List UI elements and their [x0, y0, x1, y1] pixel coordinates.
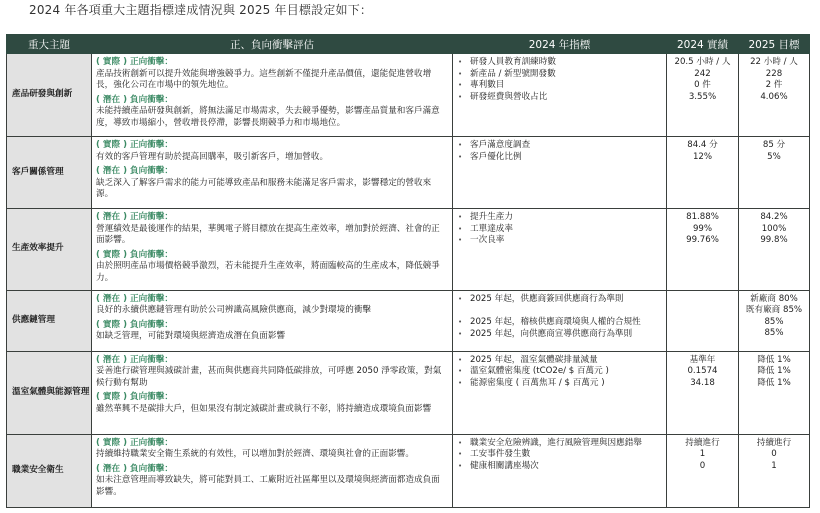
indicator-cell: 客戶滿意度調查 客戶優化比例	[453, 137, 667, 209]
indicator-item: 客戶優化比例	[457, 152, 662, 164]
negative-impact-text: 未能持續產品研發與創新，將無法滿足市場需求，失去競爭優勢，影響產品質量和客戶滿意…	[96, 106, 448, 129]
target-value: 228	[739, 69, 809, 81]
negative-impact-label: ( 潛在 ) 負向衝擊：	[96, 464, 448, 476]
indicator-item: 2025 年起，向供應商宣導供應商行為準則	[457, 329, 662, 341]
indicator-item: 工單達成率	[457, 224, 662, 236]
table-row: 職業安全衛生 ( 實際 ) 正向衝擊： 持續維持職業安全衛生系統的有效性，可以增…	[7, 434, 810, 507]
indicator-cell: 研發人員教育訓練時數 新產品 / 新型號開發數 專利數目 研發經費與營收占比	[453, 54, 667, 137]
indicator-item: 工安事件發生數	[457, 449, 662, 461]
indicator-item: 研發人員教育訓練時數	[457, 57, 662, 69]
indicator-item: 新產品 / 新型號開發數	[457, 69, 662, 81]
indicator-item: 職業安全危險辨識，進行風險管理與因應錯舉	[457, 438, 662, 450]
target-value: 新廠商 80%	[739, 294, 809, 306]
target-value: 降低 1%	[739, 378, 809, 390]
actual-value: 34.18	[667, 378, 738, 390]
table-row: 生產效率提升 ( 潛在 ) 正向衝擊： 營運績效是最後運作的結果，華興電子將目標…	[7, 209, 810, 291]
indicator-cell: 提升生產力 工單達成率 一次良率	[453, 209, 667, 291]
impact-cell: ( 實際 ) 正向衝擊： 有效的客戶管理有助於提高回購率，吸引新客戶，增加營收。…	[92, 137, 453, 209]
actual-2024-cell	[667, 290, 739, 351]
target-value: 既有廠商 85%	[739, 305, 809, 317]
indicator-item: 2025 年起，溫室氣體碳排量減量	[457, 355, 662, 367]
indicator-cell: 2025 年起，溫室氣體碳排量減量 溫室氣體密集度 (tCO2e/ $ 百萬元 …	[453, 351, 667, 434]
positive-impact-label: ( 實際 ) 正向衝擊：	[96, 57, 448, 69]
topic-cell: 客戶關係管理	[7, 137, 92, 209]
target-2025-cell: 85 分 5%	[739, 137, 810, 209]
header-impact: 正、負向衝擊評估	[92, 35, 453, 54]
negative-impact-text: 由於照明產品市場價格競爭激烈，若未能提升生產效率，將面臨較高的生產成本，降低競爭…	[96, 261, 448, 284]
indicator-cell: 職業安全危險辨識，進行風險管理與因應錯舉 工安事件發生數 健康相關講座場次	[453, 434, 667, 507]
negative-impact-label: ( 潛在 ) 負向衝擊：	[96, 166, 448, 178]
indicator-item: 一次良率	[457, 235, 662, 247]
header-indicator: 2024 年指標	[453, 35, 667, 54]
material-topics-table: 重大主題 正、負向衝擊評估 2024 年指標 2024 實績 2025 目標 產…	[6, 34, 810, 508]
negative-impact-text: 如未注意管理而導致缺失，將可能對員工、工廠附近社區鄰里以及環境與經濟面都造成負面…	[96, 475, 448, 498]
positive-impact-text: 妥善進行碳管理與減碳計畫，甚而與供應商共同降低碳排放，可呼應 2050 淨零政策…	[96, 366, 448, 389]
header-actual-2024: 2024 實績	[667, 35, 739, 54]
intro-text: 2024 年各項重大主題指標達成情況與 2025 年目標設定如下：	[29, 1, 372, 18]
negative-impact-label: ( 潛在 ) 負向衝擊：	[96, 95, 448, 107]
negative-impact-text: 如缺乏管理，可能對環境與經濟造成潛在負面影響	[96, 331, 448, 343]
positive-impact-text: 良好的永續供應鏈管理有助於公司辨識高風險供應商，減少對環境的衝擊	[96, 305, 448, 317]
target-value: 84.2%	[739, 212, 809, 224]
actual-2024-cell: 81.88% 99% 99.76%	[667, 209, 739, 291]
positive-impact-label: ( 潛在 ) 正向衝擊：	[96, 212, 448, 224]
target-value: 22 小時 / 人	[739, 57, 809, 69]
target-2025-cell: 22 小時 / 人 228 2 件 4.06%	[739, 54, 810, 137]
topic-cell: 溫室氣體與能源管理	[7, 351, 92, 434]
topic-cell: 產品研發與創新	[7, 54, 92, 137]
target-value: 0	[739, 449, 809, 461]
topic-cell: 職業安全衛生	[7, 434, 92, 507]
indicator-item: 健康相關講座場次	[457, 461, 662, 473]
actual-value: 持續進行	[667, 438, 738, 450]
positive-impact-label: ( 潛在 ) 正向衝擊：	[96, 355, 448, 367]
table-row: 客戶關係管理 ( 實際 ) 正向衝擊： 有效的客戶管理有助於提高回購率，吸引新客…	[7, 137, 810, 209]
actual-value: 84.4 分	[667, 140, 738, 152]
target-value: 降低 1%	[739, 366, 809, 378]
target-2025-cell: 新廠商 80% 既有廠商 85% 85% 85%	[739, 290, 810, 351]
positive-impact-text: 持續維持職業安全衛生系統的有效性，可以增加對於經濟、環境與社會的正面影響。	[96, 449, 448, 461]
positive-impact-text: 有效的客戶管理有助於提高回購率，吸引新客戶，增加營收。	[96, 152, 448, 164]
actual-value: 20.5 小時 / 人	[667, 57, 738, 69]
actual-2024-cell: 持續進行 1 0	[667, 434, 739, 507]
actual-value: 1	[667, 449, 738, 461]
target-value: 4.06%	[739, 92, 809, 104]
indicator-item: 客戶滿意度調查	[457, 140, 662, 152]
negative-impact-text: 缺乏深入了解客戶需求的能力可能導致產品和服務未能滿足客戶需求，影響穩定的營收來源…	[96, 178, 448, 201]
target-value: 85%	[739, 317, 809, 329]
indicator-item: 能源密集度 ( 百萬焦耳 / $ 百萬元 )	[457, 378, 662, 390]
target-value: 降低 1%	[739, 355, 809, 367]
indicator-item: 研發經費與營收占比	[457, 92, 662, 104]
actual-2024-cell: 基準年 0.1574 34.18	[667, 351, 739, 434]
indicator-item: 專利數目	[457, 80, 662, 92]
indicator-cell: 2025 年起，供應商簽回供應商行為準則 2025 年起，稽核供應商環境與人權的…	[453, 290, 667, 351]
actual-value: 0 件	[667, 80, 738, 92]
negative-impact-text: 雖然華興不是碳排大戶，但如果沒有制定減碳計畫或執行不彰，將持續造成環境負面影響	[96, 404, 448, 416]
actual-value: 12%	[667, 152, 738, 164]
indicator-item: 提升生產力	[457, 212, 662, 224]
target-value: 85 分	[739, 140, 809, 152]
target-value: 99.8%	[739, 235, 809, 247]
table-row: 溫室氣體與能源管理 ( 潛在 ) 正向衝擊： 妥善進行碳管理與減碳計畫，甚而與供…	[7, 351, 810, 434]
topic-cell: 生產效率提升	[7, 209, 92, 291]
header-target-2025: 2025 目標	[739, 35, 810, 54]
actual-value: 99.76%	[667, 235, 738, 247]
positive-impact-label: ( 潛在 ) 正向衝擊：	[96, 294, 448, 306]
positive-impact-text: 營運績效是最後運作的結果，華興電子將目標放在提高生產效率，增加對於經濟、社會的正…	[96, 224, 448, 247]
negative-impact-label: ( 實際 ) 負向衝擊：	[96, 320, 448, 332]
impact-cell: ( 潛在 ) 正向衝擊： 良好的永續供應鏈管理有助於公司辨識高風險供應商，減少對…	[92, 290, 453, 351]
table-row: 產品研發與創新 ( 實際 ) 正向衝擊： 產品技術創新可以提升效能與增強競爭力。…	[7, 54, 810, 137]
target-2025-cell: 降低 1% 降低 1% 降低 1%	[739, 351, 810, 434]
target-value: 持續進行	[739, 438, 809, 450]
topic-cell: 供應鏈管理	[7, 290, 92, 351]
impact-cell: ( 實際 ) 正向衝擊： 產品技術創新可以提升效能與增強競爭力。這些創新不僅提升…	[92, 54, 453, 137]
target-2025-cell: 84.2% 100% 99.8%	[739, 209, 810, 291]
actual-value: 99%	[667, 224, 738, 236]
actual-value: 242	[667, 69, 738, 81]
header-topic: 重大主題	[7, 35, 92, 54]
positive-impact-text: 產品技術創新可以提升效能與增強競爭力。這些創新不僅提升產品價值，還能促進營收增長…	[96, 69, 448, 92]
target-value: 85%	[739, 328, 809, 340]
indicator-item: 溫室氣體密集度 (tCO2e/ $ 百萬元 )	[457, 366, 662, 378]
table-header-row: 重大主題 正、負向衝擊評估 2024 年指標 2024 實績 2025 目標	[7, 35, 810, 54]
target-value: 2 件	[739, 80, 809, 92]
negative-impact-label: ( 實際 ) 負向衝擊：	[96, 250, 448, 262]
positive-impact-label: ( 實際 ) 正向衝擊：	[96, 140, 448, 152]
actual-value: 0.1574	[667, 366, 738, 378]
actual-value: 0	[667, 461, 738, 473]
positive-impact-label: ( 實際 ) 正向衝擊：	[96, 438, 448, 450]
actual-value: 基準年	[667, 355, 738, 367]
negative-impact-label: ( 實際 ) 負向衝擊：	[96, 392, 448, 404]
impact-cell: ( 潛在 ) 正向衝擊： 營運績效是最後運作的結果，華興電子將目標放在提高生產效…	[92, 209, 453, 291]
actual-2024-cell: 20.5 小時 / 人 242 0 件 3.55%	[667, 54, 739, 137]
indicator-item: 2025 年起，稽核供應商環境與人權的合規性	[457, 317, 662, 329]
actual-value: 3.55%	[667, 92, 738, 104]
actual-2024-cell: 84.4 分 12%	[667, 137, 739, 209]
actual-value: 81.88%	[667, 212, 738, 224]
impact-cell: ( 實際 ) 正向衝擊： 持續維持職業安全衛生系統的有效性，可以增加對於經濟、環…	[92, 434, 453, 507]
target-value: 5%	[739, 152, 809, 164]
target-2025-cell: 持續進行 0 1	[739, 434, 810, 507]
target-value: 100%	[739, 224, 809, 236]
indicator-item: 2025 年起，供應商簽回供應商行為準則	[457, 294, 662, 306]
target-value: 1	[739, 461, 809, 473]
table-row: 供應鏈管理 ( 潛在 ) 正向衝擊： 良好的永續供應鏈管理有助於公司辨識高風險供…	[7, 290, 810, 351]
impact-cell: ( 潛在 ) 正向衝擊： 妥善進行碳管理與減碳計畫，甚而與供應商共同降低碳排放，…	[92, 351, 453, 434]
